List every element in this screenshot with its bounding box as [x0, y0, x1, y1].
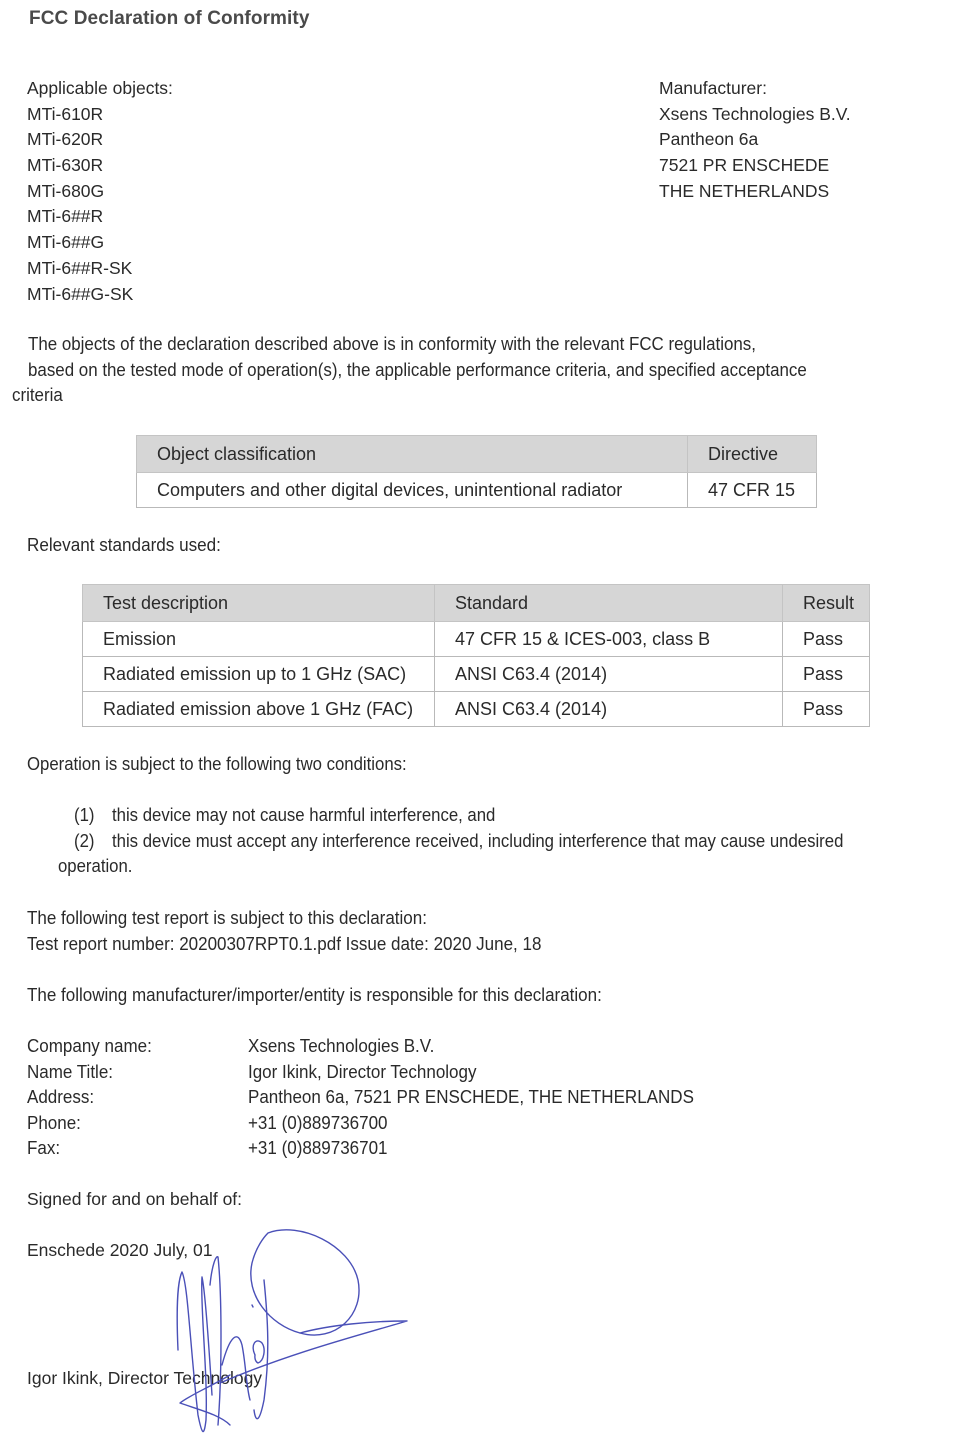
table-row: Computers and other digital devices, uni… — [137, 473, 817, 508]
field-value-fax: +31 (0)889736701 — [248, 1138, 388, 1159]
cell-standard: ANSI C63.4 (2014) — [435, 692, 783, 727]
field-value-address: Pantheon 6a, 7521 PR ENSCHEDE, THE NETHE… — [248, 1087, 694, 1108]
cell-result: Pass — [783, 622, 870, 657]
list-item: MTi-610R — [27, 102, 173, 128]
manufacturer-name: Xsens Technologies B.V. — [659, 102, 851, 128]
field-label-phone: Phone: — [27, 1113, 81, 1134]
header-standard: Standard — [435, 585, 783, 622]
signed-on-behalf: Signed for and on behalf of: — [27, 1187, 242, 1213]
manufacturer-street: Pantheon 6a — [659, 127, 851, 153]
list-item: MTi-630R — [27, 153, 173, 179]
field-label-address: Address: — [27, 1087, 94, 1108]
list-item: MTi-6##G — [27, 230, 173, 256]
classification-table: Object classification Directive Computer… — [136, 435, 817, 508]
cell-standard: 47 CFR 15 & ICES-003, class B — [435, 622, 783, 657]
field-label-fax: Fax: — [27, 1138, 60, 1159]
conformity-statement-line1: The objects of the declaration described… — [28, 334, 756, 355]
list-item: MTi-6##R-SK — [27, 256, 173, 282]
handwritten-signature — [160, 1225, 420, 1440]
standards-table: Test description Standard Result Emissio… — [82, 584, 870, 727]
table-row: Emission 47 CFR 15 & ICES-003, class B P… — [83, 622, 870, 657]
applicable-objects-label: Applicable objects: — [27, 76, 173, 102]
field-label-name-title: Name Title: — [27, 1062, 113, 1083]
cell-standard: ANSI C63.4 (2014) — [435, 657, 783, 692]
list-item: MTi-620R — [27, 127, 173, 153]
table-header-row: Test description Standard Result — [83, 585, 870, 622]
field-value-phone: +31 (0)889736700 — [248, 1113, 388, 1134]
field-label-company: Company name: — [27, 1036, 152, 1057]
cell-test-description: Radiated emission up to 1 GHz (SAC) — [83, 657, 435, 692]
responsible-intro: The following manufacturer/importer/enti… — [27, 985, 602, 1006]
test-report-details: Test report number: 20200307RPT0.1.pdf I… — [27, 934, 541, 955]
list-item: MTi-6##R — [27, 204, 173, 230]
cell-test-description: Emission — [83, 622, 435, 657]
conformity-statement-line2: based on the tested mode of operation(s)… — [28, 360, 807, 381]
table-row: Radiated emission above 1 GHz (FAC) ANSI… — [83, 692, 870, 727]
condition-2-continuation: operation. — [58, 856, 132, 877]
standards-label: Relevant standards used: — [27, 535, 221, 556]
conformity-statement-line3: criteria — [12, 385, 63, 406]
condition-1-number: (1) — [74, 805, 94, 826]
condition-1-text: this device may not cause harmful interf… — [112, 805, 495, 826]
conditions-intro: Operation is subject to the following tw… — [27, 754, 407, 775]
manufacturer-city: 7521 PR ENSCHEDE — [659, 153, 851, 179]
field-value-company: Xsens Technologies B.V. — [248, 1036, 434, 1057]
list-item: MTi-6##G-SK — [27, 282, 173, 308]
header-result: Result — [783, 585, 870, 622]
list-item: MTi-680G — [27, 179, 173, 205]
condition-2-number: (2) — [74, 831, 94, 852]
applicable-objects-section: Applicable objects: MTi-610R MTi-620R MT… — [27, 76, 173, 307]
header-directive: Directive — [688, 436, 817, 473]
table-row: Radiated emission up to 1 GHz (SAC) ANSI… — [83, 657, 870, 692]
field-value-name-title: Igor Ikink, Director Technology — [248, 1062, 476, 1083]
cell-result: Pass — [783, 692, 870, 727]
page-title: FCC Declaration of Conformity — [29, 8, 310, 30]
applicable-objects-list: MTi-610R MTi-620R MTi-630R MTi-680G MTi-… — [27, 102, 173, 308]
manufacturer-section: Manufacturer: Xsens Technologies B.V. Pa… — [659, 76, 851, 205]
test-report-intro: The following test report is subject to … — [27, 908, 427, 929]
cell-result: Pass — [783, 657, 870, 692]
condition-2-text: this device must accept any interference… — [112, 831, 843, 852]
cell-directive: 47 CFR 15 — [688, 473, 817, 508]
manufacturer-country: THE NETHERLANDS — [659, 179, 851, 205]
table-header-row: Object classification Directive — [137, 436, 817, 473]
header-test-description: Test description — [83, 585, 435, 622]
manufacturer-label: Manufacturer: — [659, 76, 851, 102]
cell-classification: Computers and other digital devices, uni… — [137, 473, 688, 508]
cell-test-description: Radiated emission above 1 GHz (FAC) — [83, 692, 435, 727]
header-object-classification: Object classification — [137, 436, 688, 473]
